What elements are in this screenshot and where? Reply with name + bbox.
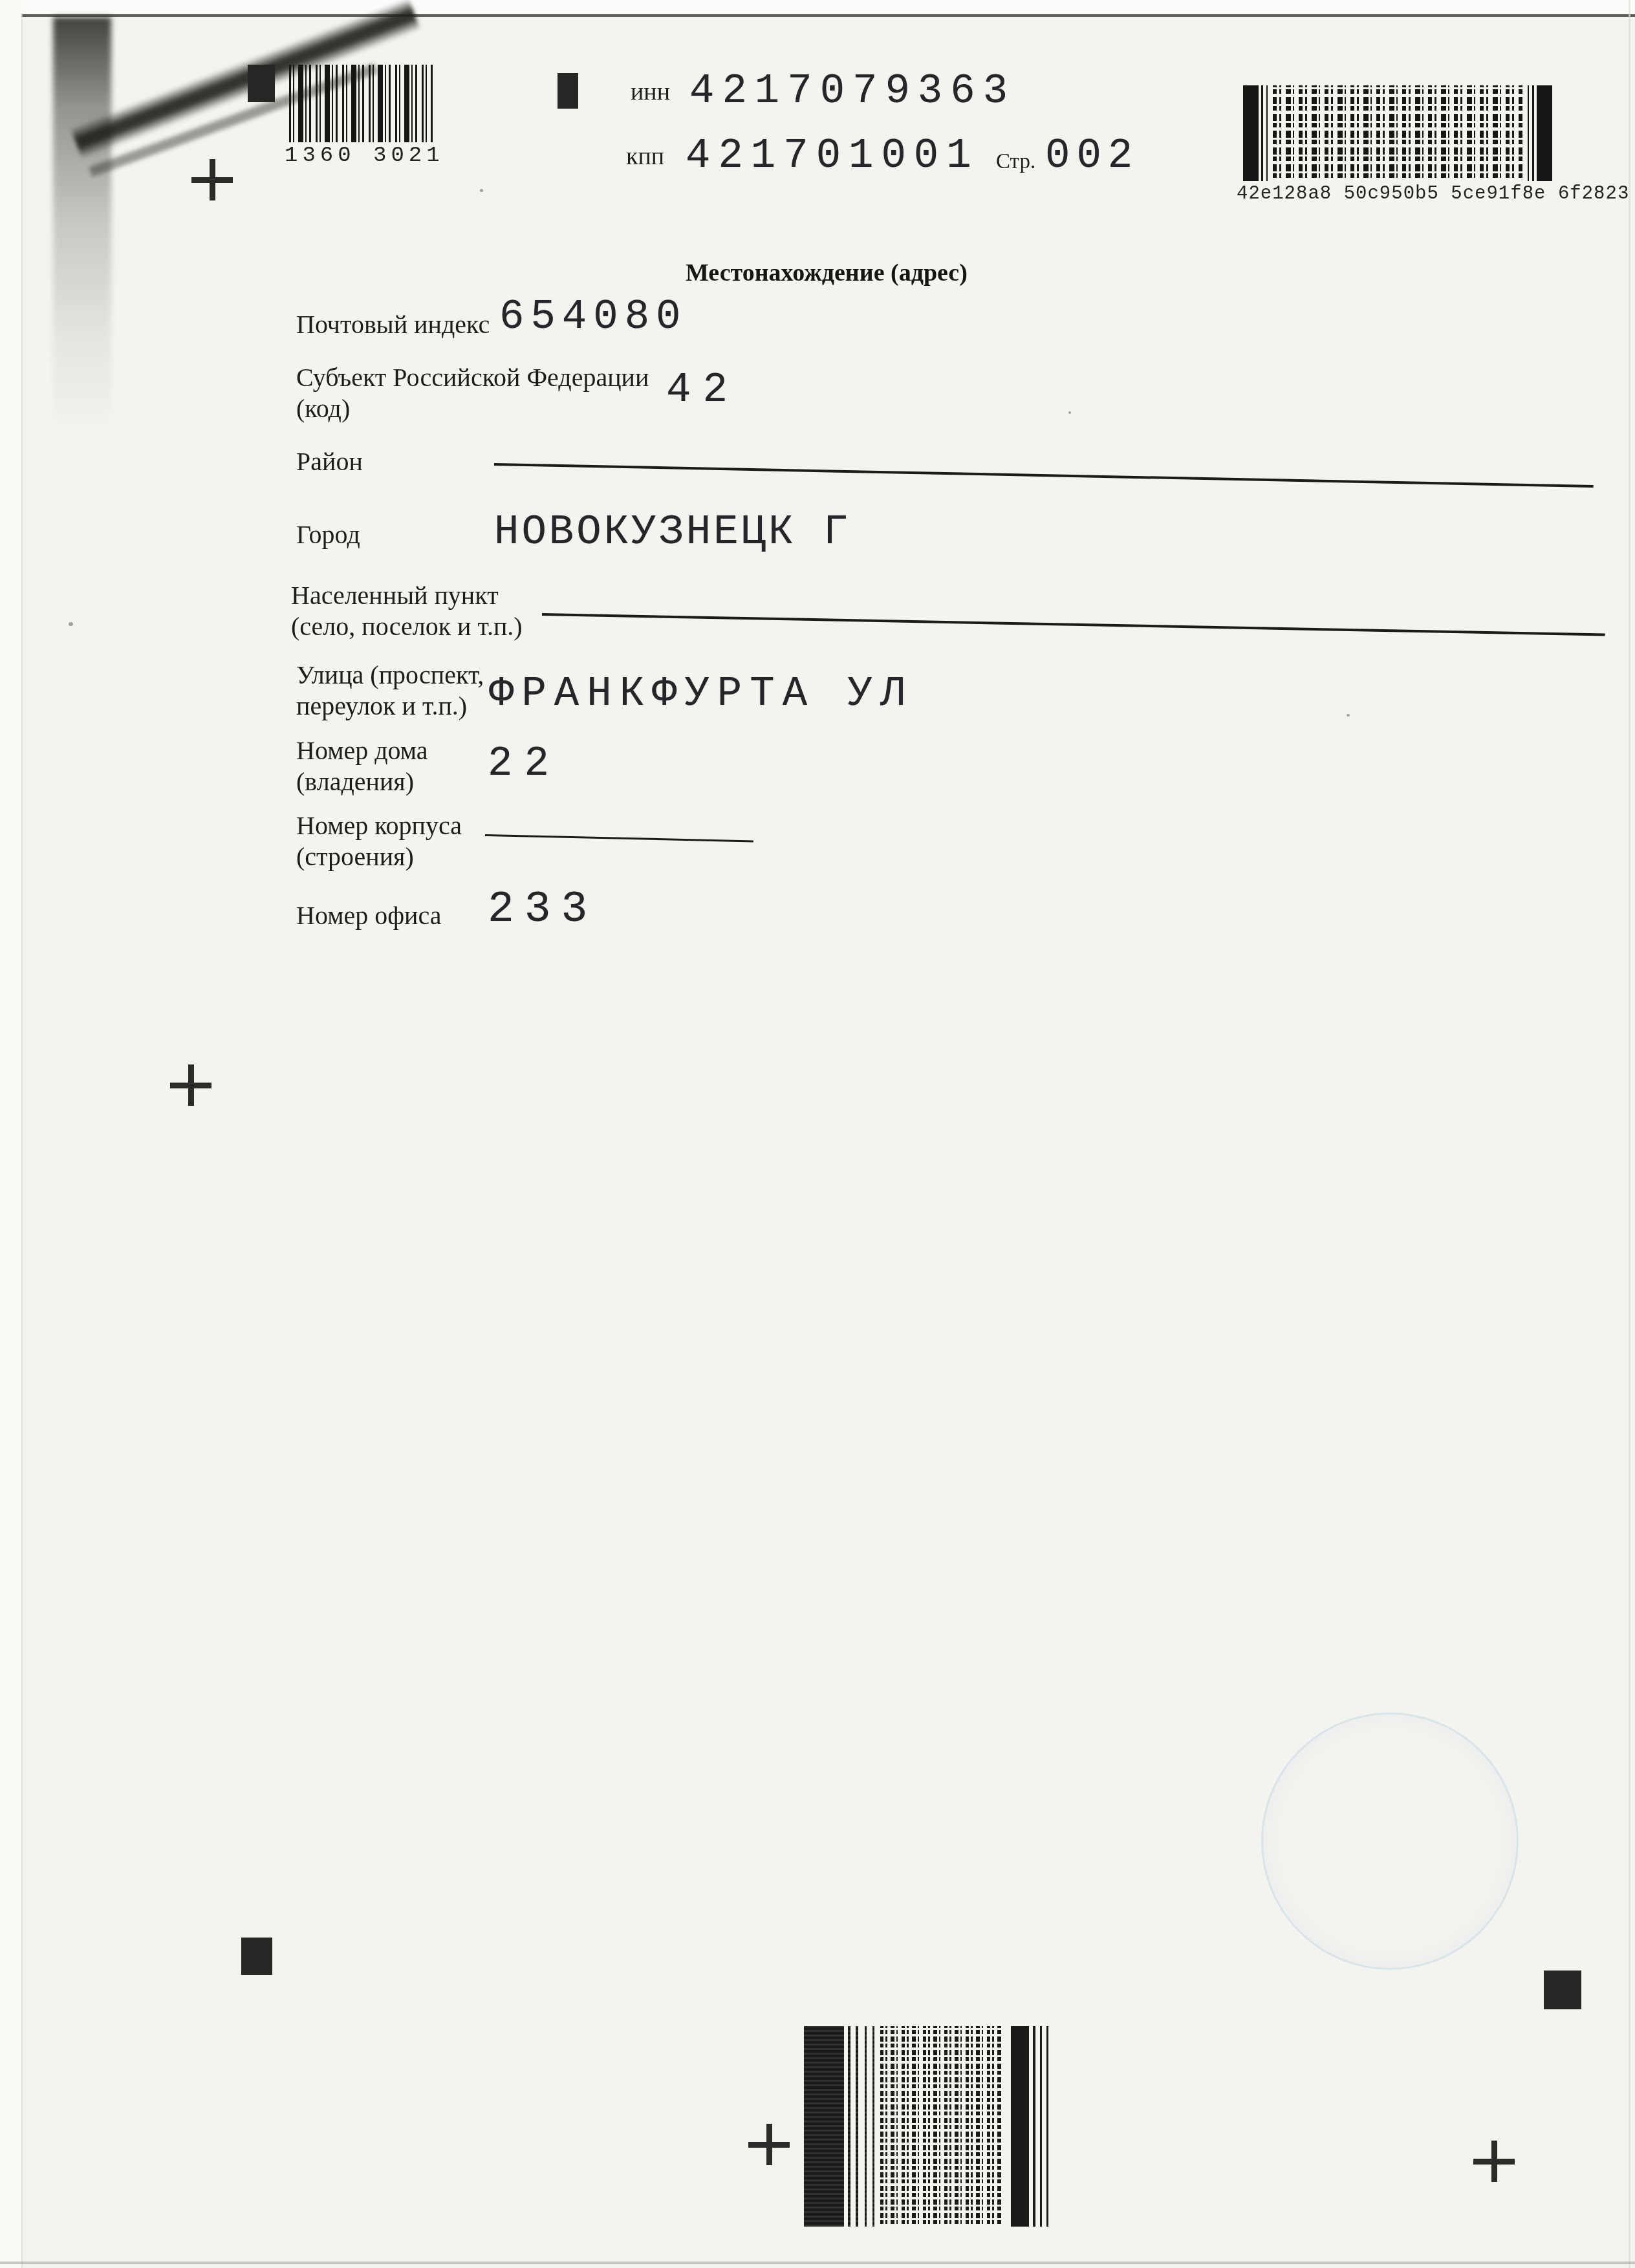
field-value-postal-index: 654080 [499, 294, 687, 341]
field-label-house-number: Номер дома (владения) [296, 735, 428, 797]
field-label-city: Город [296, 519, 360, 550]
registration-square-bottom-left [241, 1938, 272, 1975]
pdf417-caption: 42e128a8 50c950b5 5ce91f8e 6f2823 [1237, 183, 1573, 204]
page-number-value: 002 [1045, 133, 1139, 180]
registration-square-top-left [248, 65, 275, 102]
field-label-line1: Улица (проспект, [296, 660, 484, 689]
crop-cross-icon-middle-left [170, 1064, 211, 1106]
inn-label: инн [631, 78, 670, 106]
form-barcode-number: 1360 3021 [285, 144, 437, 168]
pdf417-barcode-bottom [804, 2026, 1052, 2227]
page-bottom-edge-line [0, 2262, 1635, 2264]
pdf417-stop-pattern [1522, 85, 1552, 181]
field-label-line2: переулок и т.п.) [296, 691, 467, 720]
form-barcode-1d [289, 65, 433, 142]
pdf417-data-region [1273, 85, 1522, 181]
registration-square-bottom-right [1544, 1971, 1581, 2009]
field-label-line2: (код) [296, 394, 350, 423]
field-value-office-number: 233 [488, 885, 598, 934]
field-label-line2: (строения) [296, 842, 414, 871]
field-value-subject-code: 42 [666, 367, 739, 414]
inn-value: 4217079363 [689, 69, 1015, 115]
pdf417-start-pattern [804, 2026, 880, 2227]
scan-speck [1068, 411, 1071, 414]
field-label-line1: Субъект Российской Федерации [296, 363, 649, 392]
field-label-settlement: Населенный пункт (село, поселок и т.п.) [291, 580, 523, 642]
section-title: Местонахождение (адрес) [686, 259, 1216, 287]
pdf417-stop-pattern [1002, 2026, 1052, 2227]
page-top-edge-line [18, 14, 1635, 17]
field-label-line1: Номер дома [296, 736, 428, 765]
pdf417-barcode-top [1243, 85, 1552, 181]
field-label-district: Район [296, 446, 363, 477]
field-value-house-number: 22 [488, 741, 561, 788]
scanner-left-strip [0, 0, 21, 2268]
kpp-label: кпп [626, 142, 664, 171]
field-label-postal-index: Почтовый индекс [296, 309, 490, 340]
scanned-tax-form-page: 1360 3021 инн 4217079363 кпп 421701001 С… [0, 0, 1635, 2268]
registration-square-top-middle [558, 73, 578, 109]
scan-speck [69, 622, 73, 626]
scan-artifact-band [53, 17, 111, 431]
field-label-street: Улица (проспект, переулок и т.п.) [296, 660, 484, 722]
field-label-office-number: Номер офиса [296, 900, 442, 931]
crop-cross-icon-bottom-center [748, 2124, 790, 2165]
field-underline-settlement [542, 613, 1605, 636]
crop-cross-icon-top-left [191, 159, 233, 200]
crop-cross-icon-bottom-right [1473, 2141, 1515, 2182]
field-label-line2: (село, поселок и т.п.) [291, 612, 523, 641]
field-label-line1: Населенный пункт [291, 581, 499, 610]
field-value-city: НОВОКУЗНЕЦК Г [494, 510, 850, 556]
stamp-ghost-circle [1261, 1712, 1519, 1970]
field-label-line1: Номер корпуса [296, 811, 462, 840]
kpp-value: 421701001 [686, 133, 979, 180]
field-underline-building-number [485, 834, 753, 842]
scan-speck [1347, 714, 1350, 717]
field-label-building-number: Номер корпуса (строения) [296, 810, 462, 872]
scan-speck [480, 189, 483, 192]
page-left-edge-line [21, 13, 23, 2268]
pdf417-start-pattern [1243, 85, 1273, 181]
pdf417-data-region [880, 2026, 1002, 2227]
field-underline-district [494, 463, 1594, 488]
page-right-edge-line [1629, 0, 1630, 2268]
page-number-label: Стр. [996, 150, 1035, 174]
field-label-line2: (владения) [296, 767, 414, 796]
field-label-subject-code: Субъект Российской Федерации (код) [296, 362, 649, 424]
scanner-top-strip [0, 0, 1635, 14]
field-value-street: ФРАНКФУРТА УЛ [489, 671, 913, 718]
